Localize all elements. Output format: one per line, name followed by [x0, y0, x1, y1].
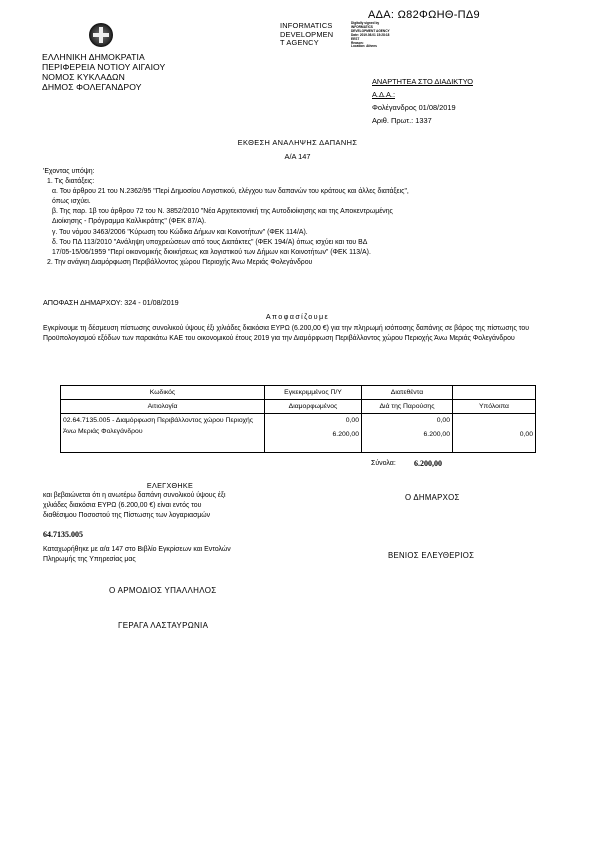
provision: δ. Του ΠΔ 113/2010 "Ανάληψη υποχρεώσεων …	[43, 238, 409, 248]
totals-value: 6.200,00	[414, 459, 442, 468]
we-decide-heading: Αποφασίζουμε	[0, 312, 595, 321]
kae-code: 64.7135.005	[43, 530, 83, 539]
authority-line: ΝΟΜΟΣ ΚΥΚΛΑΔΩΝ	[42, 72, 165, 82]
provision: α. Του άρθρου 21 του Ν.2362/95 "Περί Δημ…	[43, 187, 409, 197]
legal-basis: 'Εχοντας υπόψη: 1. Τις διατάξεις: α. Του…	[43, 167, 409, 268]
hellenic-emblem-icon	[89, 23, 113, 47]
publish-label: ΑΝΑΡΤΗΤΕΑ ΣΤΟ ΔΙΑΔΙΚΤΥΟ	[372, 75, 473, 88]
issuing-authority: ΕΛΛΗΝΙΚΗ ΔΗΜΟΚΡΑΤΙΑ ΠΕΡΙΦΕΡΕΙΑ ΝΟΤΙΟΥ ΑΙ…	[42, 52, 165, 92]
mayor-title: Ο ΔΗΜΑΡΧΟΣ	[405, 493, 460, 502]
verified-heading: ΕΛΕΓΧΘΗΚΕ	[0, 481, 340, 490]
provision: Διοίκησης - Πρόγραμμα Καλλικράτης" (ΦΕΚ …	[43, 217, 409, 227]
authority-line: ΕΛΛΗΝΙΚΗ ΔΗΜΟΚΡΑΤΙΑ	[42, 52, 165, 62]
totals-label: Σύνολα:	[371, 460, 396, 467]
officer-title: Ο ΑΡΜΟΔΙΟΣ ΥΠΑΛΛΗΛΟΣ	[109, 586, 216, 595]
provision: β. Της παρ. 1β του άρθρου 72 του Ν. 3852…	[43, 207, 409, 217]
mayor-name: ΒΕΝΙΟΣ ΕΛΕΥΘΕΡΙΟΣ	[388, 551, 474, 560]
document-title: ΕΚΘΕΣΗ ΑΝΑΛΗΨΗΣ ΔΑΠΑΝΗΣ	[0, 138, 595, 147]
approval-text: Εγκρίνουμε τη δέσμευση πίστωσης συνολικο…	[43, 324, 563, 344]
digital-signature-stamp: INFORMATICS DEVELOPMEN T AGENCY	[280, 22, 333, 48]
provision: γ. Του νόμου 3463/2006 "Κύρωση του Κώδικ…	[43, 228, 409, 238]
registration-text: Καταχωρήθηκε με α/α 147 στο Βιβλίο Εγκρί…	[43, 545, 231, 565]
ada-code: ΑΔΑ: Ω82ΦΩΗΘ-ΠΔ9	[368, 9, 480, 21]
provision: 17/05-15/06/1959 "Περί οικονομικής διοικ…	[43, 248, 409, 258]
budget-table: Κωδικός Εγκεκριμμένος Π/Υ Διατεθέντα Αιτ…	[60, 385, 536, 453]
document-number: Α/Α 147	[0, 152, 595, 161]
place-date: Φολέγανδρος 01/08/2019	[372, 101, 473, 114]
table-row: 02.64.7135.005 - Διαμόρφωση Περιβάλλοντο…	[61, 414, 536, 453]
publication-block: ΑΝΑΡΤΗΤΕΑ ΣΤΟ ΔΙΑΔΙΚΤΥΟ Α.Δ.Α.: Φολέγανδ…	[372, 75, 473, 127]
table-header-row: Αιτιολογία Διαμορφωμένος Διά της Παρούση…	[61, 400, 536, 414]
authority-line: ΔΗΜΟΣ ΦΟΛΕΓΑΝΔΡΟΥ	[42, 82, 165, 92]
code-description: 02.64.7135.005 - Διαμόρφωση Περιβάλλοντο…	[61, 414, 265, 453]
provision: όπως ισχύει.	[43, 197, 409, 207]
ada-field-label: Α.Δ.Α.:	[372, 88, 473, 101]
authority-line: ΠΕΡΙΦΕΡΕΙΑ ΝΟΤΙΟΥ ΑΙΓΑΙΟΥ	[42, 62, 165, 72]
officer-name: ΓΕΡΑΓΑ ΛΑΣΤΑΥΡΩΝΙΑ	[118, 621, 208, 630]
protocol-number: Αριθ. Πρωτ.: 1337	[372, 114, 473, 127]
mayor-decision: ΑΠΟΦΑΣΗ ΔΗΜΑΡΧΟΥ: 324 - 01/08/2019	[43, 298, 179, 307]
verification-text: και βεβαιώνεται ότι η ανωτέρω δαπάνη συν…	[43, 491, 226, 522]
digital-signature-details: Digitally signed by INFORMATICS DEVELOPM…	[351, 22, 390, 49]
table-header-row: Κωδικός Εγκεκριμμένος Π/Υ Διατεθέντα	[61, 386, 536, 400]
